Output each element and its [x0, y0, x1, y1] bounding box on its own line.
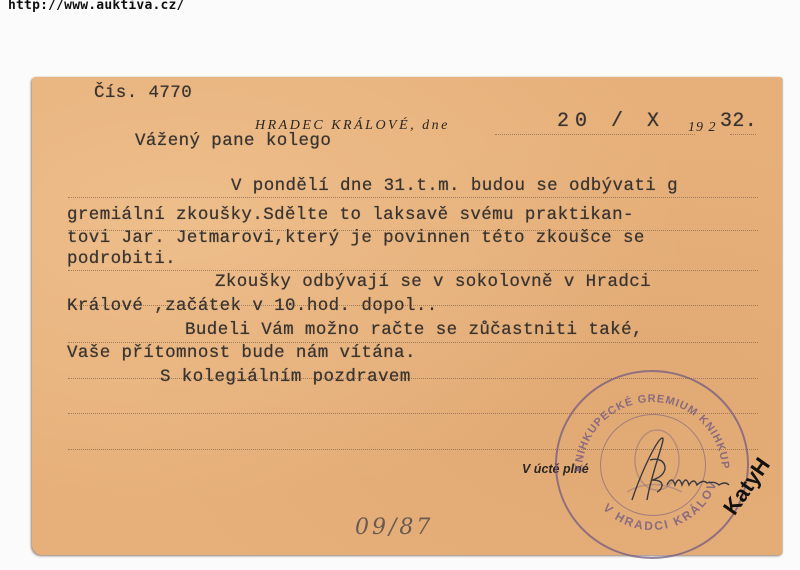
- body-line: V pondělí dne 31.t.m. budou se odbývati …: [231, 176, 678, 196]
- body-line: Budeli Vám možno račte se zůčastniti tak…: [185, 320, 643, 340]
- date-day-month: 20 / X: [557, 110, 665, 133]
- site-url: http://www.auktiva.cz/: [8, 0, 185, 13]
- printed-year-prefix: 19 2: [688, 120, 717, 136]
- salutation: Vážený pane kolego: [135, 131, 331, 151]
- body-line: podrobiti.: [67, 249, 176, 269]
- body-line: Zkoušky odbývají se v sokolovně v Hradci: [215, 272, 651, 292]
- body-line: Vaše přítomnost bude nám vítána.: [67, 343, 416, 363]
- pencil-note: 09/87: [355, 515, 433, 540]
- body-line: S kolegiálním pozdravem: [160, 367, 411, 387]
- body-line: gremiální zkoušky.Sdělte to laksavě svém…: [67, 205, 634, 225]
- ruled-line: [495, 134, 695, 135]
- reference-number: Čís. 4770: [94, 83, 192, 103]
- body-line: tovi Jar. Jetmarovi,který je povinnen té…: [67, 228, 645, 248]
- ruled-line: [730, 134, 756, 135]
- body-line: Králové ,začátek v 10.hod. dopol..: [67, 296, 438, 316]
- typed-year: 32.: [720, 110, 757, 133]
- ruled-line: [68, 197, 758, 198]
- ruled-line: [68, 270, 758, 271]
